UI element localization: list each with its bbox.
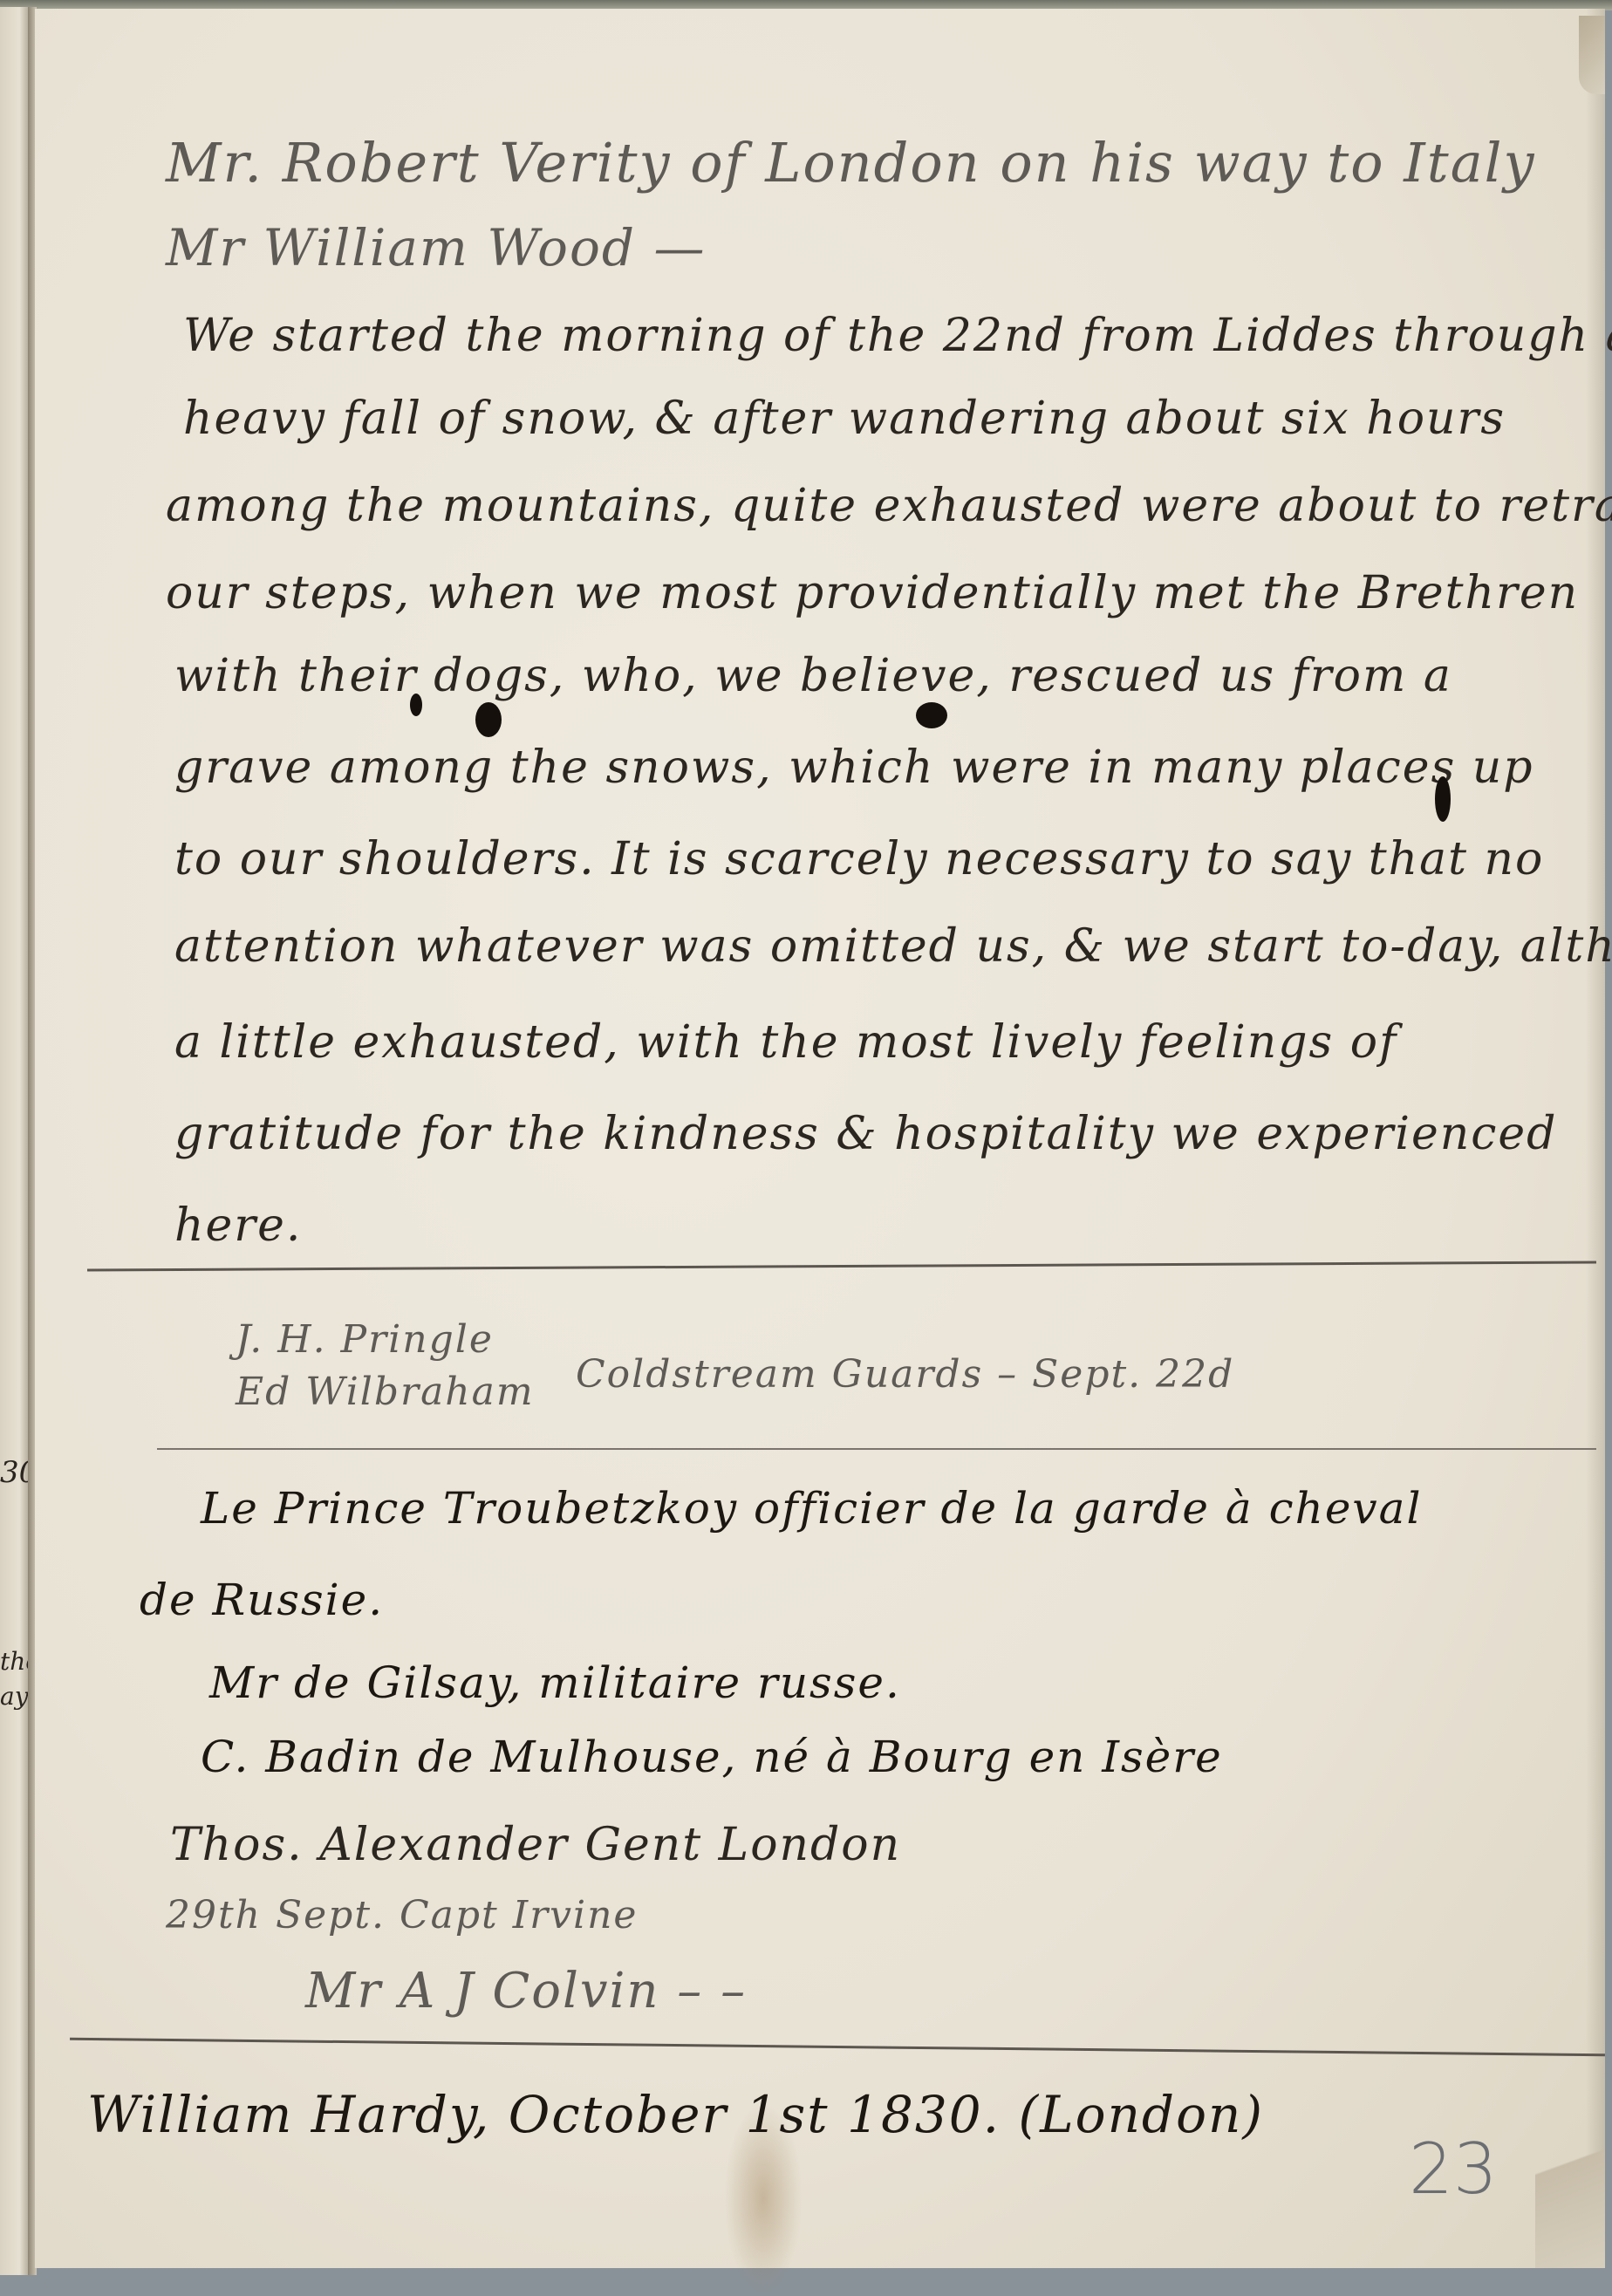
entry-line: William Hardy, October 1st 1830. (London…	[87, 2085, 1264, 2144]
entry-line: Mr. Robert Verity of London on his way t…	[166, 131, 1536, 195]
ink-blot	[410, 694, 422, 716]
signature-name: J. H. Pringle	[236, 1317, 494, 1362]
page-number: 23	[1409, 2129, 1498, 2210]
ink-blot	[1435, 776, 1451, 822]
entry-line: Thos. Alexander Gent London	[170, 1819, 901, 1871]
ink-blot	[916, 702, 947, 728]
entry-line: our steps, when we most providentially m…	[166, 567, 1579, 619]
entry-line: C. Badin de Mulhouse, né à Bourg en Isèr…	[201, 1732, 1223, 1782]
entry-line: We started the morning of the 22nd from …	[183, 310, 1612, 362]
entry-line: Mr de Gilsay, militaire russe.	[209, 1657, 901, 1708]
curled-corner	[1535, 2094, 1605, 2268]
entry-line: here.	[174, 1199, 302, 1252]
entry-line: heavy fall of snow, & after wandering ab…	[183, 393, 1506, 445]
ink-blot	[475, 702, 502, 737]
entry-line: a little exhausted, with the most lively…	[174, 1016, 1397, 1069]
entry-line: gratitude for the kindness & hospitality…	[174, 1108, 1557, 1160]
separator-line	[70, 2038, 1605, 2056]
entry-line: 29th Sept. Capt Irvine	[166, 1893, 638, 1937]
entry-line: attention whatever was omitted us, & we …	[174, 920, 1612, 973]
separator-line	[87, 1261, 1596, 1271]
separator-line	[157, 1448, 1596, 1450]
entry-line: to our shoulders. It is scarcely necessa…	[174, 833, 1544, 885]
manuscript-page: Mr. Robert Verity of London on his way t…	[35, 9, 1605, 2268]
signature-name: Ed Wilbraham	[236, 1370, 535, 1414]
entry-line: grave among the snows, which were in man…	[174, 741, 1534, 794]
entry-line: Mr A J Colvin – –	[305, 1963, 747, 2019]
entry-line: de Russie.	[140, 1575, 384, 1625]
affiliation-text: Coldstream Guards – Sept. 22d	[576, 1352, 1234, 1397]
entry-line: among the mountains, quite exhausted wer…	[166, 480, 1612, 532]
entry-line: Le Prince Troubetzkoy officier de la gar…	[201, 1483, 1422, 1534]
entry-line: Mr William Wood —	[166, 218, 706, 277]
facing-page-edge: 30. the ays	[0, 7, 30, 2275]
entry-line: with their dogs, who, we believe, rescue…	[174, 650, 1452, 702]
dog-ear-corner	[1579, 16, 1605, 94]
